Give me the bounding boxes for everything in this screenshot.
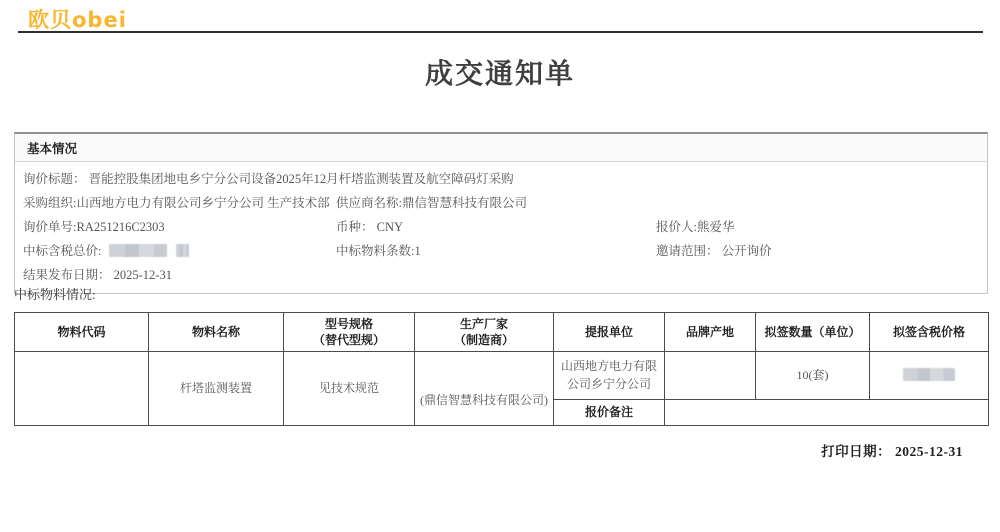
cell-manufacturer: (鼎信智慧科技有限公司) [415,352,554,426]
cell-price [870,352,989,400]
header-quantity: 拟签数量（单位） [756,313,870,352]
inquiry-title-text: 询价标题： 晋能控股集团地电乡宁分公司设备2025年12月杆塔监测装置及航空障码… [23,169,979,187]
info-row-no-currency-quoter: 询价单号:RA251216C2303 币种： CNY 报价人:熊爱华 [23,214,979,238]
result-date-text: 结果发布日期： 2025-12-31 [23,265,979,283]
header-price: 拟签含税价格 [870,313,989,352]
print-date: 打印日期： 2025-12-31 [821,440,963,460]
cell-reporting-unit: 山西地方电力有限公司乡宁分公司 [554,352,665,400]
redacted-total-price-block-small [176,244,189,257]
info-row-result-date: 结果发布日期： 2025-12-31 [23,262,979,286]
header-reporting-unit: 提报单位 [554,313,665,352]
header-material-code: 物料代码 [15,313,149,352]
quoter-text: 报价人:熊爱华 [656,217,979,235]
redacted-total-price-block [109,244,167,257]
award-total-price: 中标含税总价: [23,241,336,259]
awarded-materials-label: 中标物料情况: [14,284,96,303]
currency-text: 币种： CNY [336,217,656,235]
cell-remark-label: 报价备注 [554,400,665,426]
supplier-name-text: 供应商名称:鼎信智慧科技有限公司 [336,193,656,211]
cell-spec: 见技术规范 [284,352,415,426]
header-brand-origin: 品牌产地 [665,313,756,352]
material-count-text: 中标物料条数:1 [336,241,656,259]
document-title: 成交通知单 [0,52,1000,92]
header-material-name: 物料名称 [149,313,284,352]
redacted-price-block [903,368,955,381]
header-spec: 型号规格 （替代型规） [284,313,415,352]
info-row-inquiry-title: 询价标题： 晋能控股集团地电乡宁分公司设备2025年12月杆塔监测装置及航空障码… [23,166,979,190]
brand-logo: 欧贝obei [28,4,127,34]
awarded-materials-table: 物料代码 物料名称 型号规格 （替代型规） 生产厂家 （制造商） 提报单位 品牌… [14,312,989,426]
cell-material-name: 杆塔监测装置 [149,352,284,426]
basic-info-body: 询价标题： 晋能控股集团地电乡宁分公司设备2025年12月杆塔监测装置及航空障码… [15,162,987,293]
info-row-org-supplier: 采购组织:山西地方电力有限公司乡宁分公司 生产技术部 供应商名称:鼎信智慧科技有… [23,190,979,214]
header-manufacturer: 生产厂家 （制造商） [415,313,554,352]
table-header-row: 物料代码 物料名称 型号规格 （替代型规） 生产厂家 （制造商） 提报单位 品牌… [15,313,989,352]
purchase-org-text: 采购组织:山西地方电力有限公司乡宁分公司 生产技术部 [23,193,336,211]
invite-scope-text: 邀请范围： 公开询价 [656,241,979,259]
header-divider [18,31,983,33]
basic-info-header: 基本情况 [15,134,987,162]
cell-material-code [15,352,149,426]
cell-remark-value [665,400,989,426]
table-row: 杆塔监测装置 见技术规范 (鼎信智慧科技有限公司) 山西地方电力有限公司乡宁分公… [15,352,989,400]
info-row-price-count-scope: 中标含税总价: 中标物料条数:1 邀请范围： 公开询价 [23,238,979,262]
cell-quantity: 10(套) [756,352,870,400]
award-total-price-label: 中标含税总价: [23,244,101,258]
cell-brand-origin [665,352,756,400]
inquiry-no-text: 询价单号:RA251216C2303 [23,217,336,235]
basic-info-panel: 基本情况 询价标题： 晋能控股集团地电乡宁分公司设备2025年12月杆塔监测装置… [14,132,988,294]
